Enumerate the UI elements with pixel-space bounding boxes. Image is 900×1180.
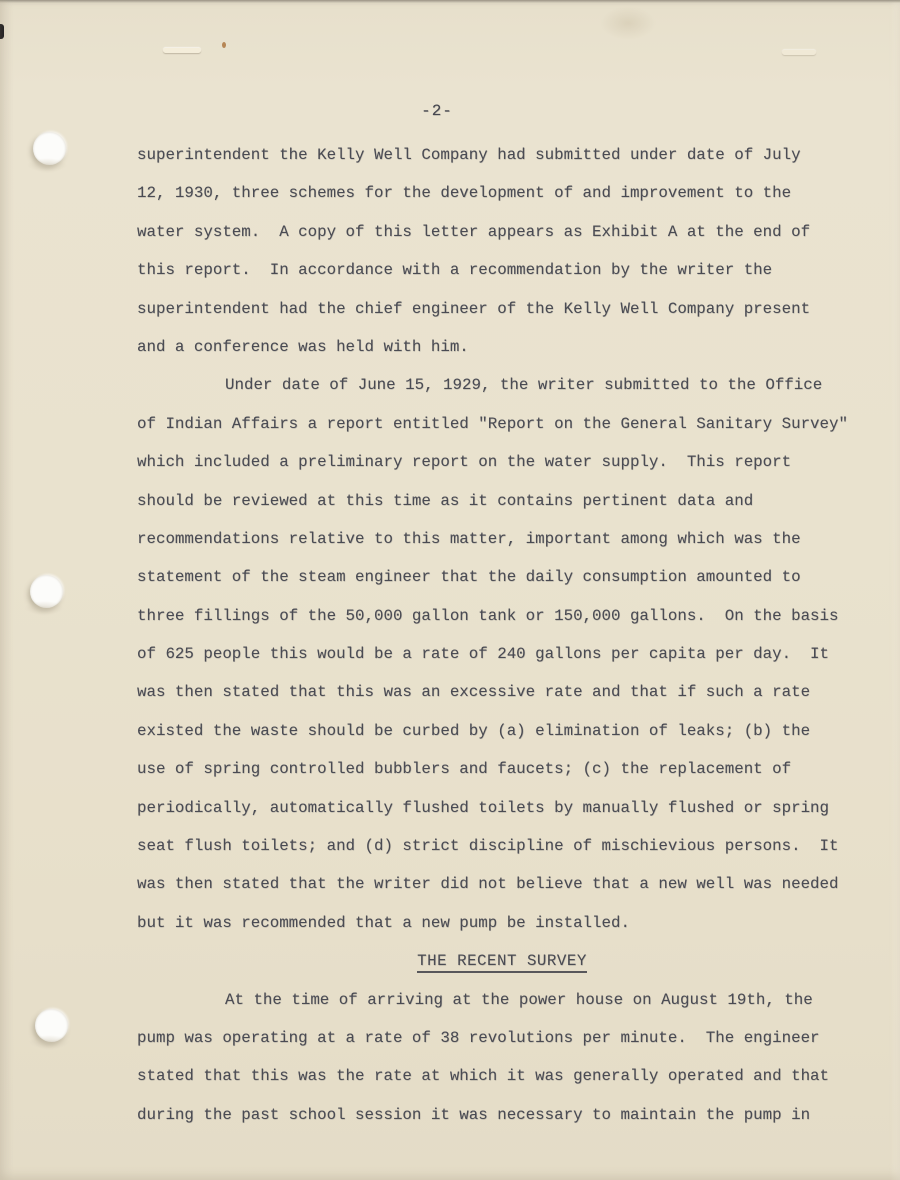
text-line: stated that this was the rate at which i…	[137, 1057, 853, 1095]
text-line: three fillings of the 50,000 gallon tank…	[137, 597, 853, 635]
text-line: water system. A copy of this letter appe…	[137, 213, 853, 251]
document-body: superintendent the Kelly Well Company ha…	[137, 136, 853, 1134]
punch-hole-bottom	[35, 1009, 68, 1042]
text-line: was then stated that the writer did not …	[137, 865, 853, 903]
text-line: periodically, automatically flushed toil…	[137, 789, 853, 827]
text-line: but it was recommended that a new pump b…	[137, 904, 853, 942]
staple-mark-right	[782, 50, 816, 55]
text-line: was then stated that this was an excessi…	[137, 673, 853, 711]
text-line: recommendations relative to this matter,…	[137, 520, 853, 558]
text-line: statement of the steam engineer that the…	[137, 558, 853, 596]
text-line: At the time of arriving at the power hou…	[137, 981, 853, 1019]
text-line: this report. In accordance with a recomm…	[137, 251, 853, 289]
text-line: superintendent the Kelly Well Company ha…	[137, 136, 853, 174]
section-heading-text: THE RECENT SURVEY	[417, 952, 587, 973]
rust-speck	[222, 42, 226, 48]
text-line: of 625 people this would be a rate of 24…	[137, 635, 853, 673]
section-heading: THE RECENT SURVEY	[137, 942, 853, 980]
text-line: seat flush toilets; and (d) strict disci…	[137, 827, 853, 865]
scanned-page: -2- superintendent the Kelly Well Compan…	[0, 0, 900, 1180]
text-line: during the past school session it was ne…	[137, 1096, 853, 1134]
text-line: and a conference was held with him.	[137, 328, 853, 366]
staple-mark-left	[163, 48, 201, 53]
text-line: 12, 1930, three schemes for the developm…	[137, 174, 853, 212]
text-line: existed the waste should be curbed by (a…	[137, 712, 853, 750]
text-line: use of spring controlled bubblers and fa…	[137, 750, 853, 788]
text-line: should be reviewed at this time as it co…	[137, 482, 853, 520]
paper-smudge	[600, 6, 656, 40]
page-number: -2-	[81, 102, 793, 120]
text-line: which included a preliminary report on t…	[137, 443, 853, 481]
text-line: superintendent had the chief engineer of…	[137, 290, 853, 328]
left-edge-mark	[0, 24, 4, 39]
text-line: of Indian Affairs a report entitled "Rep…	[137, 405, 853, 443]
text-line: pump was operating at a rate of 38 revol…	[137, 1019, 853, 1057]
text-line: Under date of June 15, 1929, the writer …	[137, 366, 853, 404]
scan-top-edge	[0, 0, 900, 3]
punch-hole-top	[33, 132, 66, 165]
punch-hole-middle	[30, 575, 63, 608]
